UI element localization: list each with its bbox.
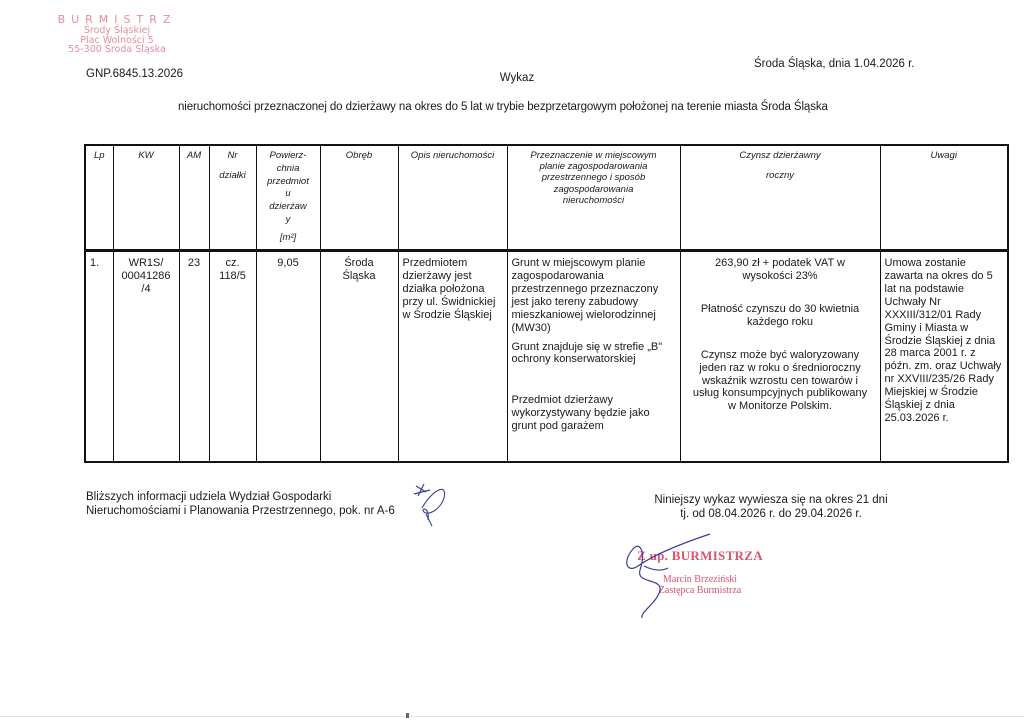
info-line: Bliższych informacji udziela Wydział Gos… xyxy=(86,491,395,505)
place-date: Środa Śląska, dnia 1.04.2026 r. xyxy=(754,58,914,70)
cell-uwagi: Umowa zostanie zawarta na okres do 5 lat… xyxy=(880,250,1008,462)
cell-czynsz: 263,90 zł + podatek VAT w wysokości 23% … xyxy=(680,250,880,462)
table-header-row: Lp KW AM Nr działki Powierz- chnia przed… xyxy=(85,145,1008,250)
cell-nr-dzialki: cz. 118/5 xyxy=(209,250,256,462)
column-header-am: AM xyxy=(179,145,209,250)
column-header-kw: KW xyxy=(113,145,179,250)
header-text: Czynsz dzierżawny xyxy=(684,150,877,161)
column-header-opis: Opis nieruchomości xyxy=(398,145,507,250)
signature-role: Zastępca Burmistrza xyxy=(620,585,780,596)
cell-lp: 1. xyxy=(85,250,113,462)
column-header-lp: Lp xyxy=(85,145,113,250)
header-text: y xyxy=(260,214,317,227)
stamp-line: 55-300 Środa Śląska xyxy=(52,45,182,55)
cell-przeznaczenie: Grunt w miejscowym planie zagospodarowan… xyxy=(507,250,680,462)
cell-am: 23 xyxy=(179,250,209,462)
rent-paragraph: 263,90 zł + podatek VAT w wysokości 23% xyxy=(691,257,870,283)
header-unit: [m²] xyxy=(260,232,317,245)
cell-obreb: Środa Śląska xyxy=(320,250,398,462)
header-text: u xyxy=(260,188,317,201)
document-subtitle: nieruchomości przeznaczonej do dzierżawy… xyxy=(178,101,828,113)
column-header-nr-dzialki: Nr działki xyxy=(209,145,256,250)
purpose-paragraph: Grunt w miejscowym planie zagospodarowan… xyxy=(512,257,676,335)
purpose-paragraph: Przedmiot dzierżawy wykorzystywany będzi… xyxy=(512,394,676,433)
page-edge-line xyxy=(0,716,1024,717)
posting-period: Niniejszy wykaz wywiesza się na okres 21… xyxy=(636,493,906,522)
signature-stamp: Z up. BURMISTRZA Marcin Brzeziński Zastę… xyxy=(620,548,780,596)
info-line: Nieruchomościami i Planowania Przestrzen… xyxy=(86,505,395,519)
initials-scribble-icon xyxy=(408,480,454,530)
column-header-powierzchnia: Powierz- chnia przedmiot u dzierżaw y [m… xyxy=(256,145,320,250)
column-header-obreb: Obręb xyxy=(320,145,398,250)
column-header-przeznaczenie: Przeznaczenie w miejscowym planie zagosp… xyxy=(507,145,680,250)
posting-line: tj. od 08.04.2026 r. do 29.04.2026 r. xyxy=(636,507,906,521)
rent-paragraph: Czynsz może być waloryzowany jeden raz w… xyxy=(691,349,870,414)
document-title: Wykaz xyxy=(0,72,1024,84)
cell-opis: Przedmiotem dzierżawy jest działka położ… xyxy=(398,250,507,462)
cell-kw: WR1S/ 00041286 /4 xyxy=(113,250,179,462)
table-row: 1. WR1S/ 00041286 /4 23 cz. 118/5 9,05 Ś… xyxy=(85,250,1008,462)
property-list-table: Lp KW AM Nr działki Powierz- chnia przed… xyxy=(84,144,1009,463)
page-mark xyxy=(406,713,409,718)
header-text: przedmiot xyxy=(260,176,317,189)
posting-line: Niniejszy wykaz wywiesza się na okres 21… xyxy=(636,493,906,507)
info-contact: Bliższych informacji udziela Wydział Gos… xyxy=(86,491,395,519)
header-text: roczny xyxy=(684,170,877,181)
column-header-czynsz: Czynsz dzierżawny roczny xyxy=(680,145,880,250)
column-header-uwagi: Uwagi xyxy=(880,145,1008,250)
purpose-paragraph: Grunt znajduje się w strefie „B" ochrony… xyxy=(512,341,676,367)
office-stamp: BURMISTRZ Środy Śląskiej Plac Wolności 5… xyxy=(52,14,182,55)
signature-title: Z up. BURMISTRZA xyxy=(620,548,780,564)
header-text: chnia xyxy=(260,163,317,176)
header-text: Powierz- xyxy=(260,150,317,163)
rent-paragraph: Płatność czynszu do 30 kwietnia każdego … xyxy=(691,303,870,329)
header-text: działki xyxy=(213,170,253,181)
signature-name: Marcin Brzeziński xyxy=(620,574,780,585)
stamp-title: BURMISTRZ xyxy=(52,14,182,26)
header-text: Nr xyxy=(213,150,253,161)
cell-powierzchnia: 9,05 xyxy=(256,250,320,462)
header-text: dzierżaw xyxy=(260,201,317,214)
